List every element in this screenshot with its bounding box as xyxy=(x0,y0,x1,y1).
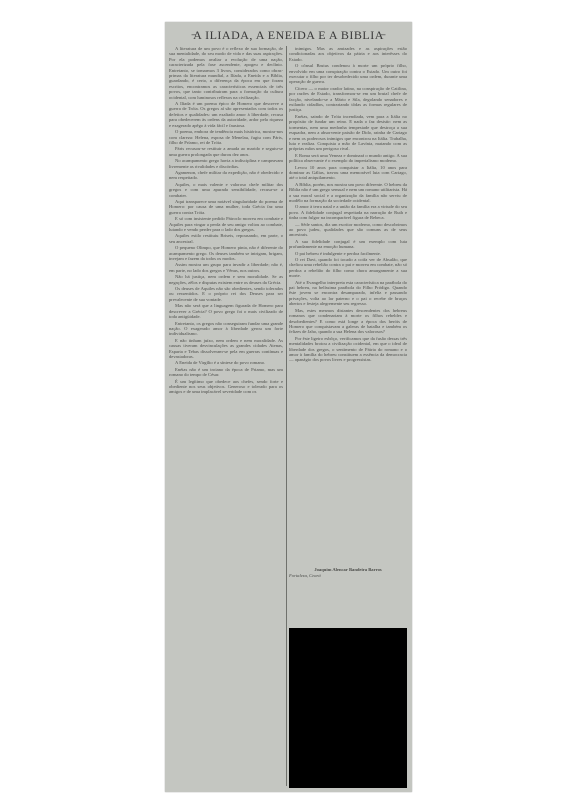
paragraph: A Eneida de Virgílio é a síntese do povo… xyxy=(169,360,283,365)
paragraph: O cônsul Brutus condenou à morte um próp… xyxy=(289,63,407,85)
paragraph: A Bíblia, porém, nos mostra um povo dife… xyxy=(289,182,407,204)
paragraph: Enéias não é um troiano da época de Pria… xyxy=(169,367,283,378)
paragraph: Por êste ligeiro esbôço, verificamos que… xyxy=(289,336,407,363)
paragraph: Os deuses de Aquiles não são obedientes,… xyxy=(169,286,283,302)
paragraph: A literatura de um povo é o reflexo de s… xyxy=(169,46,283,100)
redaction-block xyxy=(289,628,407,788)
paragraph: É um legítimo que obedece aos chefes, se… xyxy=(169,379,283,395)
article-title: A ILIADA, A ENEIDA E A BIBLIA xyxy=(165,28,412,43)
paragraph: No acampamento grego havia a indisciplin… xyxy=(169,158,283,169)
signature-block: Joaquim Alencar Bandeira Barros Fortalez… xyxy=(289,567,407,627)
paragraph: A Ilíada é um poema épico de Homero que … xyxy=(169,101,283,128)
paragraph: Entretanto, os gregos não conseguiram fu… xyxy=(169,321,283,337)
paragraph: E Roma será uma Veneza e dominará o mund… xyxy=(289,153,407,164)
paragraph: Aquiles estilo restituiu Briseis, repous… xyxy=(169,233,283,244)
paragraph: Mas, estes mesmos distantes descendentes… xyxy=(289,308,407,335)
paragraph: Páris recusou-se restituir a amada ao ma… xyxy=(169,146,283,157)
author-place: Fortaleza, Ceará xyxy=(289,573,407,578)
paragraph: Aqui transparece uma notável singularida… xyxy=(169,199,283,215)
paragraph: — Sêde santos, diz um escritor moderno, … xyxy=(289,222,407,238)
paragraph: O rei Davi, quando foi tocado a coifa ve… xyxy=(289,257,407,279)
paragraph: Até o Evangelho interpreta esta caracter… xyxy=(289,280,407,307)
paragraph: E só com insistente pedido Pátroclo morr… xyxy=(169,216,283,232)
paragraph: inimigos. Mas as amizades e as aspiraçõe… xyxy=(289,46,407,62)
paragraph: O poema, embora de tendência mais histór… xyxy=(169,129,283,145)
left-column: A literatura de um povo é o reflexo de s… xyxy=(169,46,283,786)
right-column: inimigos. Mas as amizades e as aspiraçõe… xyxy=(289,46,407,566)
paragraph: O amor à terra natal e a união da famíli… xyxy=(289,204,407,220)
paragraph: Aquiles, o mais valente e valoroso chefe… xyxy=(169,182,283,198)
paragraph: E não tinham juízo, nem ordem e nem mora… xyxy=(169,338,283,360)
author-signature: Joaquim Alencar Bandeira Barros xyxy=(289,567,407,572)
column-divider xyxy=(286,46,287,786)
paragraph: O pai hebreu é indulgente e perdoa facil… xyxy=(289,251,407,256)
paragraph: Mas não será que a linguagem figurada de… xyxy=(169,303,283,319)
paragraph: Levou 10 anos para conquistar a Itália, … xyxy=(289,165,407,181)
title-dash-right: – xyxy=(381,28,387,41)
paragraph: A sua fidelidade conjugal é um exemplo c… xyxy=(289,239,407,250)
paragraph: O pequeno Olimpo, que Homero pinta, não … xyxy=(169,245,283,261)
paragraph: Assim mostra um grupo para invadir a lib… xyxy=(169,262,283,273)
paragraph: Enéias, saindo de Tróia incendiada, vem … xyxy=(289,114,407,152)
paragraph: Não há justiça, nem ordem e sem moralida… xyxy=(169,274,283,285)
newspaper-clipping: – A ILIADA, A ENEIDA E A BIBLIA – A lite… xyxy=(165,22,412,792)
paragraph: Agamenon, chefe militar da expedição, nã… xyxy=(169,170,283,181)
paragraph: Cícero — o maior orador latino, na consp… xyxy=(289,86,407,113)
